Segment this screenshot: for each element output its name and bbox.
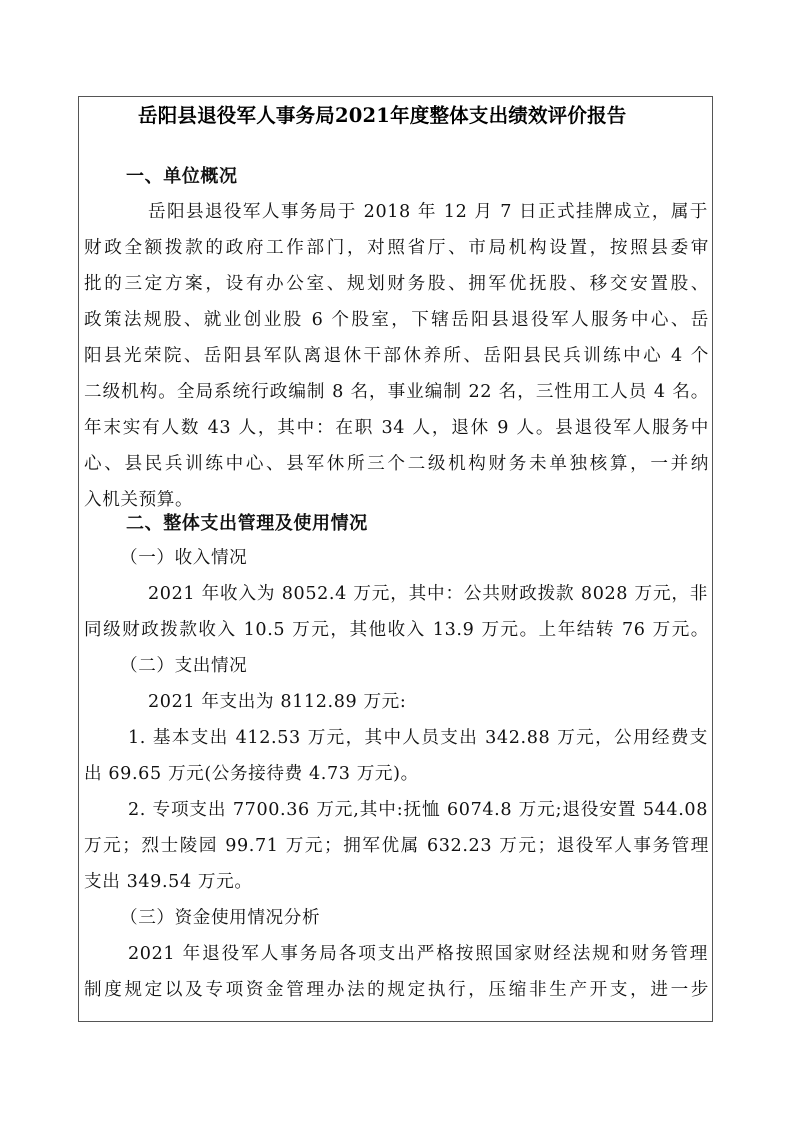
paragraph-line: 政策法规股、就业创业股 6 个股室，下辖岳阳县退役军人服务中心、岳 — [84, 308, 709, 332]
paragraph-line: 二级机构。全局系统行政编制 8 名，事业编制 22 名，三性用工人员 4 名。 — [84, 380, 709, 404]
paragraph-line: 2021 年收入为 8052.4 万元，其中：公共财政拨款 8028 万元，非 — [148, 582, 708, 606]
paragraph-line: 年末实有人数 43 人，其中：在职 34 人，退休 9 人。县退役军人服务中 — [84, 416, 709, 440]
paragraph-line: 制度规定以及专项资金管理办法的规定执行，压缩非生产开支，进一步 — [84, 978, 709, 1002]
paragraph-line: 出 69.65 万元(公务接待费 4.73 万元)。 — [84, 762, 709, 786]
paragraph-line: 2021 年退役军人事务局各项支出严格按照国家财经法规和财务管理 — [128, 942, 708, 966]
paragraph-line: 2. 专项支出 7700.36 万元,其中:抚恤 6074.8 万元;退役安置 … — [128, 798, 708, 822]
section-heading-unit-overview: 一、单位概况 — [126, 165, 751, 189]
subsection-heading-income: （一）收入情况 — [120, 546, 745, 570]
paragraph-line: 财政全额拨款的政府工作部门，对照省厅、市局机构设置，按照县委审 — [84, 236, 709, 260]
paragraph-line: 阳县光荣院、岳阳县军队离退休干部休养所、岳阳县民兵训练中心 4 个 — [84, 344, 709, 368]
paragraph-line: 万元；烈士陵园 99.71 万元；拥军优属 632.23 万元；退役军人事务管理 — [84, 834, 709, 858]
section-heading-expenditure: 二、整体支出管理及使用情况 — [126, 512, 751, 536]
paragraph-line: 1. 基本支出 412.53 万元，其中人员支出 342.88 万元，公用经费支 — [128, 726, 708, 750]
paragraph-line: 入机关预算。 — [84, 488, 709, 512]
paragraph-line: 批的三定方案，设有办公室、规划财务股、拥军优抚股、移交安置股、 — [84, 272, 709, 296]
paragraph-line: 岳阳县退役军人事务局于 2018 年 12 月 7 日正式挂牌成立，属于 — [148, 200, 708, 224]
subsection-heading-fund-usage: （三）资金使用情况分析 — [120, 906, 745, 930]
paragraph-line: 同级财政拨款收入 10.5 万元，其他收入 13.9 万元。上年结转 76 万元… — [84, 618, 709, 642]
paragraph-line: 2021 年支出为 8112.89 万元: — [148, 690, 773, 714]
subsection-heading-expenditure: （二）支出情况 — [120, 654, 745, 678]
paragraph-line: 心、县民兵训练中心、县军休所三个二级机构财务未单独核算，一并纳 — [84, 452, 709, 476]
paragraph-line: 支出 349.54 万元。 — [84, 870, 709, 894]
document-title: 岳阳县退役军人事务局2021年度整体支出绩效评价报告 — [138, 100, 698, 128]
